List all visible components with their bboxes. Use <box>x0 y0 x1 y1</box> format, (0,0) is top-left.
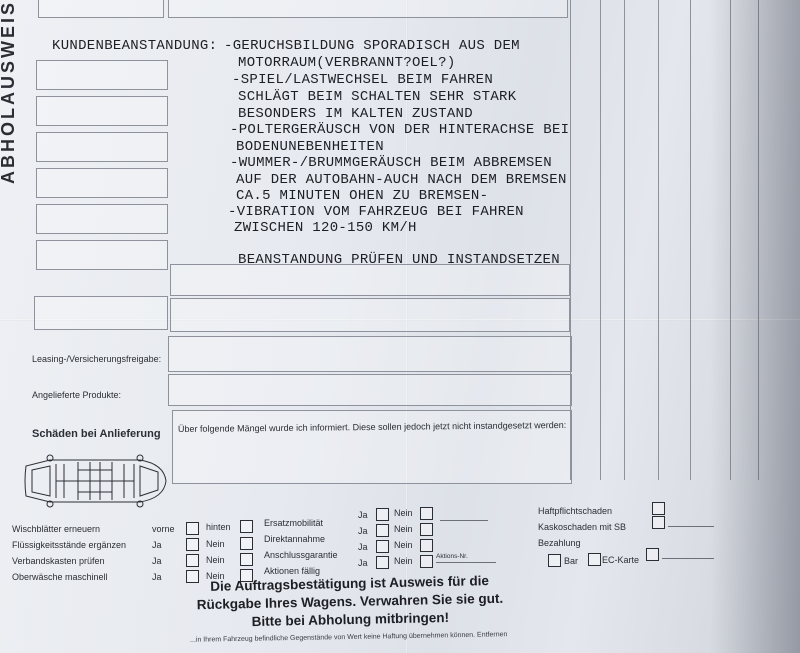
payment-option: EC-Karte <box>602 555 639 565</box>
form-row <box>34 296 168 330</box>
complaint-line: CA.5 MINUTEN OHEN ZU BREMSEN- <box>236 188 488 204</box>
form-row <box>168 336 572 372</box>
payment-option: Bar <box>564 556 578 566</box>
column-divider <box>600 0 601 480</box>
side-title: ABHOLAUSWEIS <box>0 0 24 215</box>
checkbox[interactable] <box>548 554 561 567</box>
action-number-input[interactable] <box>436 562 496 563</box>
complaint-line: -VIBRATION VOM FAHRZEUG BEI FAHREN <box>228 204 524 220</box>
checkbox[interactable] <box>186 522 199 535</box>
input-line[interactable] <box>662 558 714 559</box>
option-label: Ja <box>152 540 162 550</box>
option-label: Nein <box>206 555 225 565</box>
yes-label: Ja <box>358 542 368 552</box>
form-row <box>170 264 570 296</box>
checkbox[interactable] <box>652 502 665 515</box>
products-label: Angelieferte Produkte: <box>32 390 121 400</box>
option-label: vorne <box>152 524 175 534</box>
service-label: Aktionen fällig <box>264 566 320 576</box>
checkbox[interactable] <box>420 539 433 552</box>
car-damage-diagram[interactable] <box>20 452 170 510</box>
column-divider <box>570 0 571 480</box>
checkbox[interactable] <box>652 516 665 529</box>
complaint-line: ZWISCHEN 120-150 KM/H <box>234 220 417 236</box>
action-number-label: Aktions-Nr. <box>436 553 468 560</box>
service-label: Anschlussgarantie <box>264 550 338 560</box>
checkbox[interactable] <box>646 548 659 561</box>
checklist-label: Flüssigkeitsstände ergänzen <box>12 540 126 550</box>
complaint-line: -POLTERGERÄUSCH VON DER HINTERACHSE BEI <box>230 122 569 138</box>
footer-notice: Die Auftragsbestätigung ist Ausweis für … <box>159 571 540 633</box>
option-label: hinten <box>206 522 231 532</box>
complaint-line: BESONDERS IM KALTEN ZUSTAND <box>238 106 473 122</box>
form-row <box>36 60 168 90</box>
form-row <box>36 96 168 126</box>
service-label: Ersatzmobilität <box>264 518 323 528</box>
checkbox[interactable] <box>376 540 389 553</box>
fine-print: ...in Ihrem Fahrzeug befindliche Gegenst… <box>190 631 507 644</box>
insurance-label: Kaskoschaden mit SB <box>538 522 626 532</box>
leasing-label: Leasing-/Versicherungsfreigabe: <box>32 354 161 364</box>
damage-heading: Schäden bei Anlieferung <box>32 428 161 440</box>
document-paper: ABHOLAUSWEIS KUNDENBEANSTANDUNG: -GERUCH… <box>0 0 800 653</box>
form-row <box>36 168 168 198</box>
complaint-line: AUF DER AUTOBAHN-AUCH NACH DEM BREMSEN <box>236 172 567 188</box>
instruction-text: BEANSTANDUNG PRÜFEN UND INSTANDSETZEN <box>238 252 560 268</box>
complaint-line: MOTORRAUM(VERBRANNT?OEL?) <box>238 55 456 71</box>
column-divider <box>624 0 625 480</box>
form-row <box>36 240 168 270</box>
checkbox[interactable] <box>420 523 433 536</box>
complaint-line: -GERUCHSBILDUNG SPORADISCH AUS DEM <box>224 38 520 54</box>
form-row <box>36 132 168 162</box>
service-label: Direktannahme <box>264 534 325 544</box>
complaint-line: BODENUNEBENHEITEN <box>236 139 384 155</box>
no-label: Nein <box>394 540 413 550</box>
complaint-line: -SPIEL/LASTWECHSEL BEIM FAHREN <box>232 72 493 88</box>
insurance-label: Haftpflichtschaden <box>538 506 612 516</box>
complaint-line: SCHLÄGT BEIM SCHALTEN SEHR STARK <box>238 89 516 105</box>
input-line[interactable] <box>440 520 488 521</box>
checkbox[interactable] <box>420 555 433 568</box>
checkbox[interactable] <box>240 520 253 533</box>
checkbox[interactable] <box>420 507 433 520</box>
column-divider <box>690 0 691 480</box>
checkbox[interactable] <box>186 554 199 567</box>
column-divider <box>658 0 659 480</box>
no-label: Nein <box>394 508 413 518</box>
payment-label: Bezahlung <box>538 538 581 548</box>
checkbox[interactable] <box>240 537 253 550</box>
form-row <box>168 374 572 406</box>
checkbox[interactable] <box>588 553 601 566</box>
option-label: Ja <box>152 556 162 566</box>
form-field[interactable] <box>168 0 568 18</box>
yes-label: Ja <box>358 558 368 568</box>
yes-label: Ja <box>358 526 368 536</box>
yes-label: Ja <box>358 510 368 520</box>
background-shadow <box>710 0 800 653</box>
checklist-label: Verbandskasten prüfen <box>12 556 105 566</box>
checkbox[interactable] <box>240 553 253 566</box>
checkbox[interactable] <box>376 556 389 569</box>
option-label: Nein <box>206 539 225 549</box>
checkbox[interactable] <box>376 524 389 537</box>
complaint-line: -WUMMER-/BRUMMGERÄUSCH BEIM ABBREMSEN <box>230 155 552 171</box>
form-field[interactable] <box>38 0 164 18</box>
complaint-label: KUNDENBEANSTANDUNG: <box>52 38 217 54</box>
checklist-label: Oberwäsche maschinell <box>12 572 108 582</box>
checkbox[interactable] <box>376 508 389 521</box>
form-row <box>36 204 168 234</box>
checklist-label: Wischblätter erneuern <box>12 524 100 534</box>
no-label: Nein <box>394 524 413 534</box>
form-row <box>170 298 570 332</box>
no-label: Nein <box>394 556 413 566</box>
input-line[interactable] <box>668 526 714 527</box>
checkbox[interactable] <box>186 538 199 551</box>
